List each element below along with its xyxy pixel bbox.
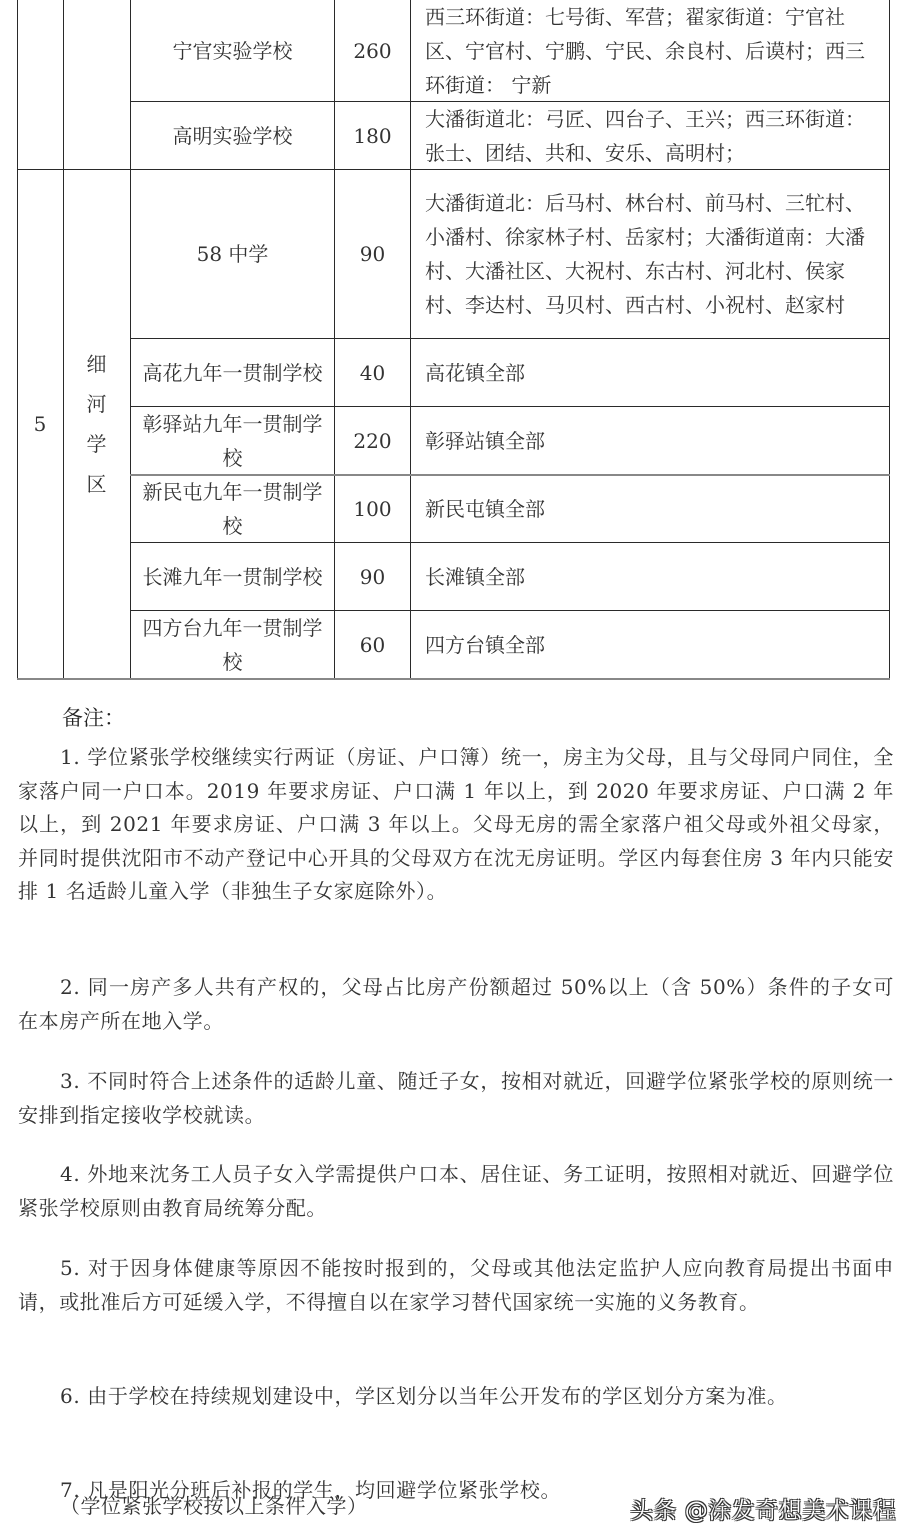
school-name: 四方台九年一贯制学校 (131, 611, 334, 678)
footer-note: （学位紧张学校按以上条件入学） (60, 1490, 368, 1519)
enrollment-area: 彰驿站镇全部 (411, 407, 889, 474)
school-name: 长滩九年一贯制学校 (131, 543, 334, 610)
note-item-6: 6. 由于学校在持续规划建设中，学区划分以当年公开发布的学区划分方案为准。 (18, 1380, 894, 1414)
enrollment-area: 长滩镇全部 (411, 543, 889, 610)
quota: 40 (335, 339, 410, 406)
enrollment-area: 高花镇全部 (411, 339, 889, 406)
note-item-3: 3. 不同时符合上述条件的适龄儿童、随迁子女，按相对就近，回避学位紧张学校的原则… (18, 1065, 894, 1132)
note-item-2: 2. 同一房产多人共有产权的，父母占比房产份额超过 50%以上（含 50%）条件… (18, 971, 894, 1038)
district-char: 细 (87, 344, 107, 384)
school-name: 新民屯九年一贯制学校 (131, 476, 334, 542)
school-name: 彰驿站九年一贯制学校 (131, 407, 334, 474)
district-char: 区 (87, 464, 107, 504)
school-name: 宁官实验学校 (131, 0, 334, 101)
enrollment-area: 大潘街道北：弓匠、四台子、王兴；西三环街道：张士、团结、共和、安乐、高明村； (411, 102, 889, 169)
district-char: 河 (87, 384, 107, 424)
enrollment-area: 西三环街道：七号街、军营；翟家街道：宁官社区、宁官村、宁鹏、宁民、余良村、后谟村… (411, 0, 889, 101)
note-item-5: 5. 对于因身体健康等原因不能按时报到的，父母或其他法定监护人应向教育局提出书面… (18, 1252, 894, 1319)
school-name: 高明实验学校 (131, 102, 334, 169)
enrollment-area: 新民屯镇全部 (411, 476, 889, 542)
group-index: 5 (17, 169, 63, 678)
school-name: 高花九年一贯制学校 (131, 339, 334, 406)
quota: 90 (335, 543, 410, 610)
quota: 180 (335, 102, 410, 169)
note-item-4: 4. 外地来沈务工人员子女入学需提供户口本、居住证、务工证明，按照相对就近、回避… (18, 1158, 894, 1225)
enrollment-area: 大潘街道北：后马村、林台村、前马村、三牤村、小潘村、徐家林子村、岳家村；大潘街道… (411, 170, 889, 338)
quota: 100 (335, 476, 410, 542)
district-char: 学 (87, 424, 107, 464)
quota: 60 (335, 611, 410, 678)
district-name: 细 河 学 区 (63, 169, 130, 678)
school-name: 58 中学 (131, 170, 334, 338)
quota: 90 (335, 170, 410, 338)
notes-title: 备注： (62, 702, 125, 732)
enrollment-area: 四方台镇全部 (411, 611, 889, 678)
quota: 260 (335, 0, 410, 101)
watermark: 头条 @涂发奇想美术课程 (630, 1492, 896, 1525)
note-item-1: 1. 学位紧张学校继续实行两证（房证、户口簿）统一，房主为父母，且与父母同户同住… (18, 741, 894, 909)
school-district-table: 5 细 河 学 区 宁官实验学校 260 西三环街道：七号街、军营；翟家街道：宁… (0, 0, 907, 680)
quota: 220 (335, 407, 410, 474)
